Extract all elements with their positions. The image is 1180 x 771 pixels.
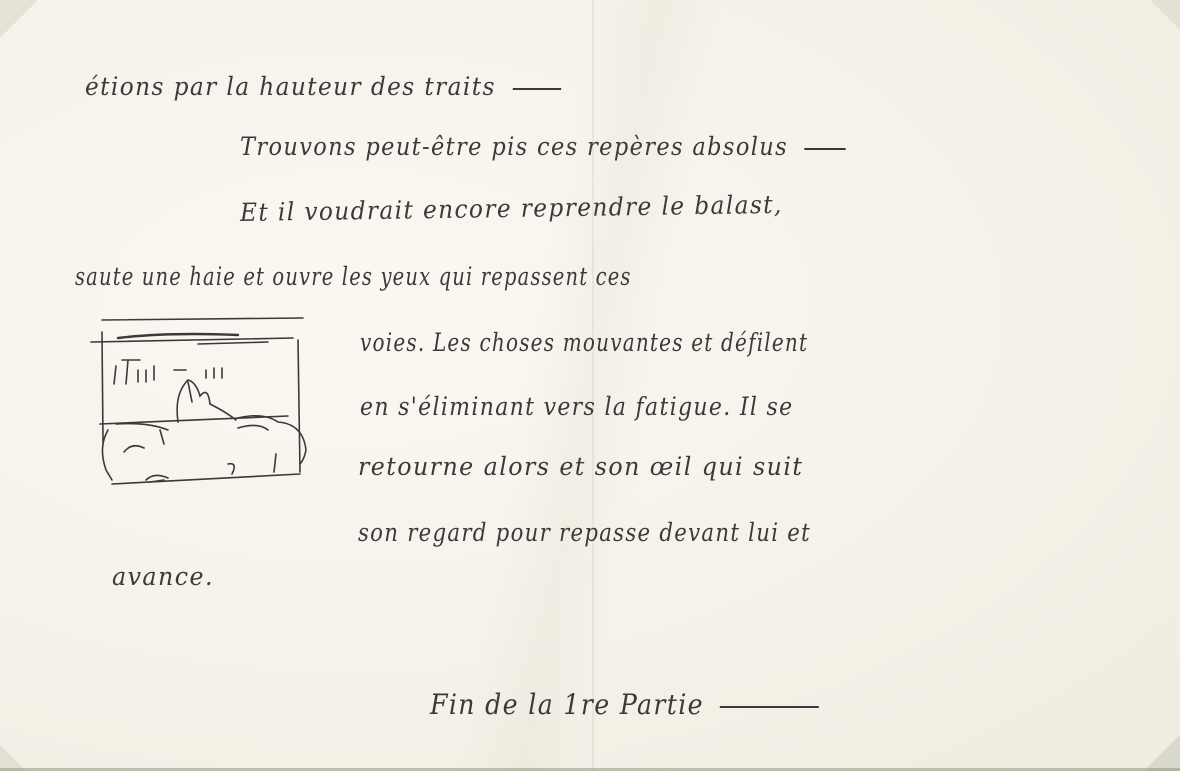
handwritten-line-9: avance.: [112, 562, 214, 591]
handwritten-line-5: voies. Les choses mouvantes et défilent: [360, 328, 808, 357]
line-text: son regard pour repasse devant lui et: [358, 518, 811, 547]
folded-corner-bottom-right: [1144, 735, 1180, 771]
folded-corner-top-right: [1150, 0, 1180, 30]
line-text: étions par la hauteur des traits: [85, 72, 496, 101]
dash-mark: [804, 148, 845, 150]
paper-fold: [592, 0, 594, 771]
handwritten-line-1: étions par la hauteur des traits: [85, 72, 561, 101]
line-text: retourne alors et son œil qui suit: [358, 452, 803, 481]
line-text: Trouvons peut-être pis ces repères absol…: [240, 132, 788, 161]
line-text: saute une haie et ouvre les yeux qui rep…: [75, 262, 632, 291]
sketch-illustration: [88, 312, 313, 490]
handwritten-line-8: son regard pour repasse devant lui et: [358, 518, 811, 547]
line-text: en s'éliminant vers la fatigue. Il se: [360, 392, 793, 421]
handwritten-line-6: en s'éliminant vers la fatigue. Il se: [360, 392, 793, 421]
line-text: voies. Les choses mouvantes et défilent: [360, 328, 808, 357]
line-text: avance.: [112, 562, 214, 591]
signature-line: Fin de la 1re Partie: [430, 688, 819, 721]
handwritten-line-7: retourne alors et son œil qui suit: [358, 452, 803, 481]
dash-mark: [513, 88, 561, 90]
dash-mark: [720, 706, 819, 708]
folded-corner-top-left: [0, 0, 38, 38]
handwritten-line-4: saute une haie et ouvre les yeux qui rep…: [75, 262, 632, 291]
handwritten-line-2: Trouvons peut-être pis ces repères absol…: [240, 132, 846, 161]
signature-text: Fin de la 1re Partie: [430, 688, 704, 721]
